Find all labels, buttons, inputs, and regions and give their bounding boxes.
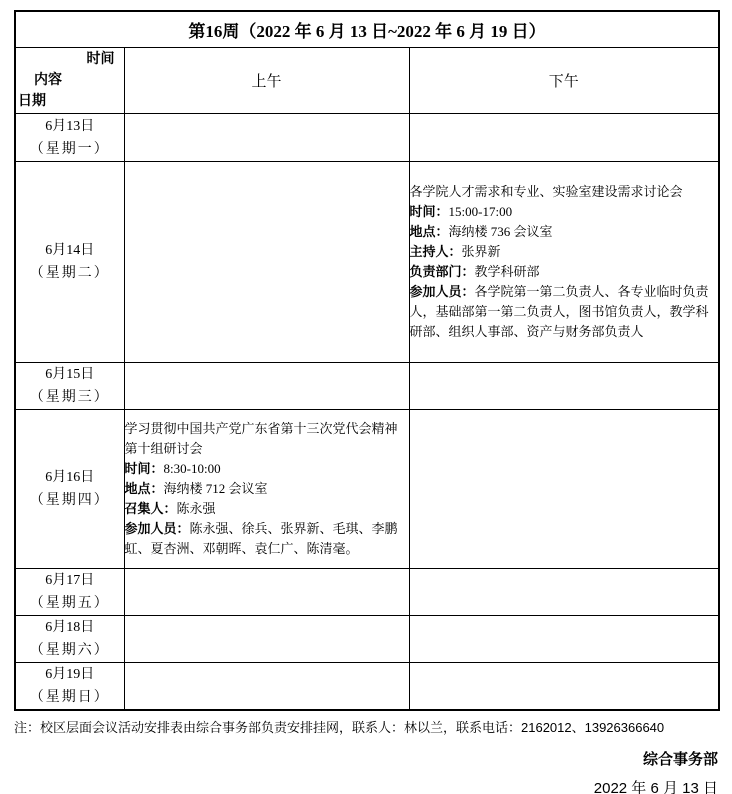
- afternoon-cell-jun14: 各学院人才需求和专业、实验室建设需求讨论会 时间：15:00-17:00 地点：…: [409, 162, 719, 363]
- corner-label-date: 日期: [16, 91, 124, 112]
- date-label: 6月15日: [16, 363, 124, 386]
- page: { "page": { "title": "第16周（2022 年 6 月 13…: [0, 0, 732, 794]
- weekday-label: （星期三）: [16, 386, 124, 409]
- event-field-department: 负责部门：教学科研部: [410, 262, 719, 282]
- morning-cell-jun18: [124, 616, 409, 663]
- event-field-host: 主持人：张界新: [410, 242, 719, 262]
- morning-cell-jun14: [124, 162, 409, 363]
- field-value: 海纳楼 712 会议室: [164, 481, 268, 496]
- field-label: 时间：: [410, 204, 449, 219]
- field-label: 主持人：: [410, 244, 462, 259]
- corner-header-cell: 时间 内容 日期: [15, 48, 124, 114]
- event-field-time: 时间：15:00-17:00: [410, 202, 719, 222]
- signature-date: 2022 年 6 月 13 日: [14, 777, 718, 794]
- table-row-jun15: 6月15日 （星期三）: [15, 363, 719, 410]
- event-needs-discussion: 各学院人才需求和专业、实验室建设需求讨论会 时间：15:00-17:00 地点：…: [410, 182, 719, 342]
- column-header-afternoon: 下午: [409, 48, 719, 114]
- field-label: 地点：: [410, 224, 449, 239]
- page-footer: 注：校区层面会议活动安排表由综合事务部负责安排挂网，联系人：林以兰，联系电话：2…: [14, 720, 718, 794]
- table-row-jun17: 6月17日 （星期五）: [15, 569, 719, 616]
- afternoon-cell-jun16: [409, 410, 719, 569]
- table-row-jun18: 6月18日 （星期六）: [15, 616, 719, 663]
- table-row-jun19: 6月19日 （星期日）: [15, 663, 719, 711]
- event-field-time: 时间：8:30-10:00: [125, 459, 409, 479]
- field-value: 海纳楼 736 会议室: [449, 224, 553, 239]
- weekday-label: （星期一）: [16, 138, 124, 161]
- field-label: 时间：: [125, 461, 164, 476]
- field-value: 8:30-10:00: [164, 461, 221, 476]
- date-cell-jun19: 6月19日 （星期日）: [15, 663, 124, 711]
- morning-cell-jun13: [124, 114, 409, 162]
- weekday-label: （星期二）: [16, 262, 124, 285]
- field-label: 地点：: [125, 481, 164, 496]
- field-value: 陈永强: [177, 501, 216, 516]
- date-cell-jun15: 6月15日 （星期三）: [15, 363, 124, 410]
- event-study-session: 学习贯彻中国共产党广东省第十三次党代会精神第十组研讨会 时间：8:30-10:0…: [125, 419, 409, 559]
- afternoon-cell-jun15: [409, 363, 719, 410]
- signature-department: 综合事务部: [14, 748, 718, 769]
- date-cell-jun13: 6月13日 （星期一）: [15, 114, 124, 162]
- header-row: 时间 内容 日期 上午 下午: [15, 48, 719, 114]
- footnote: 注：校区层面会议活动安排表由综合事务部负责安排挂网，联系人：林以兰，联系电话：2…: [14, 720, 718, 736]
- field-value: 15:00-17:00: [449, 204, 513, 219]
- date-cell-jun16: 6月16日 （星期四）: [15, 410, 124, 569]
- document-page: 第16周（2022 年 6 月 13 日~2022 年 6 月 19 日） 时间…: [0, 0, 732, 794]
- date-label: 6月18日: [16, 616, 124, 639]
- table-row-jun14: 6月14日 （星期二） 各学院人才需求和专业、实验室建设需求讨论会 时间：15:…: [15, 162, 719, 363]
- weekday-label: （星期日）: [16, 686, 124, 709]
- column-header-morning: 上午: [124, 48, 409, 114]
- morning-cell-jun19: [124, 663, 409, 711]
- date-cell-jun18: 6月18日 （星期六）: [15, 616, 124, 663]
- weekday-label: （星期六）: [16, 639, 124, 662]
- field-label: 召集人：: [125, 501, 177, 516]
- field-label: 参加人员：: [410, 284, 475, 299]
- date-label: 6月14日: [16, 239, 124, 262]
- date-label: 6月17日: [16, 569, 124, 592]
- date-label: 6月19日: [16, 663, 124, 686]
- event-field-location: 地点：海纳楼 712 会议室: [125, 479, 409, 499]
- weekday-label: （星期五）: [16, 592, 124, 615]
- table-row-jun13: 6月13日 （星期一）: [15, 114, 719, 162]
- field-value: 张界新: [462, 244, 501, 259]
- weekday-label: （星期四）: [16, 489, 124, 512]
- title-row: 第16周（2022 年 6 月 13 日~2022 年 6 月 19 日）: [15, 11, 719, 48]
- event-field-location: 地点：海纳楼 736 会议室: [410, 222, 719, 242]
- weekly-schedule-table: 第16周（2022 年 6 月 13 日~2022 年 6 月 19 日） 时间…: [14, 10, 720, 711]
- event-title: 学习贯彻中国共产党广东省第十三次党代会精神第十组研讨会: [125, 419, 409, 459]
- corner-label-time: 时间: [16, 49, 124, 70]
- date-cell-jun14: 6月14日 （星期二）: [15, 162, 124, 363]
- event-field-convener: 召集人：陈永强: [125, 499, 409, 519]
- afternoon-cell-jun13: [409, 114, 719, 162]
- event-field-participants: 参加人员：各学院第一第二负责人、各专业临时负责人，基础部第一第二负责人，图书馆负…: [410, 282, 719, 342]
- morning-cell-jun15: [124, 363, 409, 410]
- event-field-participants: 参加人员：陈永强、徐兵、张界新、毛琪、李鹏虹、夏杏洲、邓朝晖、袁仁广、陈清毫。: [125, 519, 409, 559]
- afternoon-cell-jun18: [409, 616, 719, 663]
- date-label: 6月13日: [16, 115, 124, 138]
- event-title: 各学院人才需求和专业、实验室建设需求讨论会: [410, 182, 719, 202]
- morning-cell-jun17: [124, 569, 409, 616]
- date-cell-jun17: 6月17日 （星期五）: [15, 569, 124, 616]
- field-label: 参加人员：: [125, 521, 190, 536]
- afternoon-cell-jun19: [409, 663, 719, 711]
- date-label: 6月16日: [16, 466, 124, 489]
- table-row-jun16: 6月16日 （星期四） 学习贯彻中国共产党广东省第十三次党代会精神第十组研讨会 …: [15, 410, 719, 569]
- afternoon-cell-jun17: [409, 569, 719, 616]
- morning-cell-jun16: 学习贯彻中国共产党广东省第十三次党代会精神第十组研讨会 时间：8:30-10:0…: [124, 410, 409, 569]
- field-value: 教学科研部: [475, 264, 540, 279]
- field-label: 负责部门：: [410, 264, 475, 279]
- week-title: 第16周（2022 年 6 月 13 日~2022 年 6 月 19 日）: [15, 11, 719, 48]
- corner-label-content: 内容: [16, 70, 124, 91]
